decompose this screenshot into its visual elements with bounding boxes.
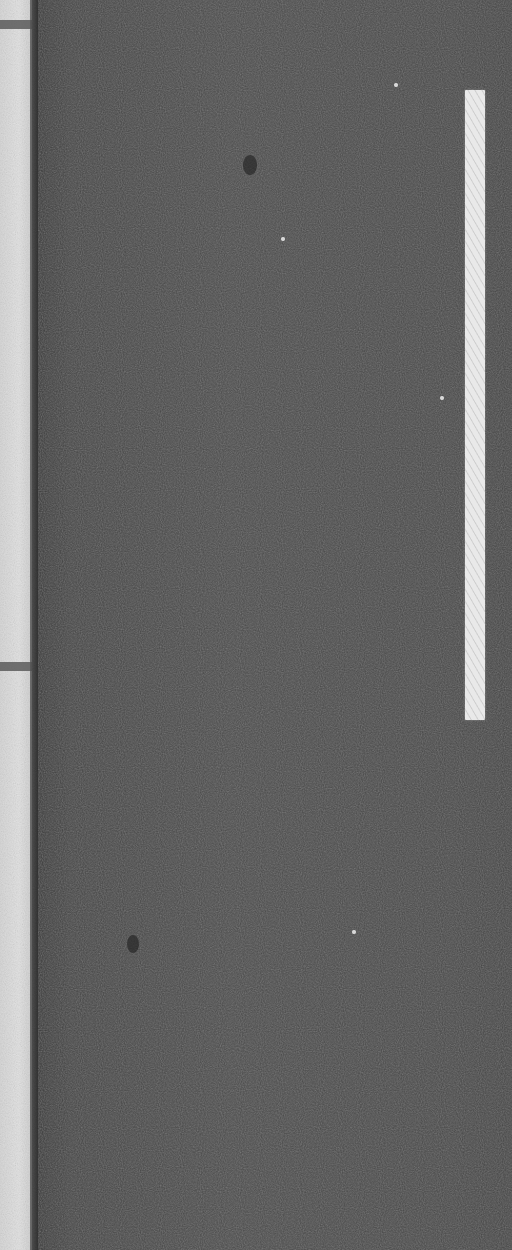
curb-edge-shadow xyxy=(30,0,38,1250)
curb-joint xyxy=(0,20,32,29)
debris-speck xyxy=(394,83,398,87)
curb-joint xyxy=(0,662,32,671)
oil-stain xyxy=(243,155,257,175)
debris-speck xyxy=(352,930,356,934)
debris-speck xyxy=(281,237,285,241)
oil-stain xyxy=(127,935,139,953)
lane-marking xyxy=(465,90,485,720)
concrete-curb xyxy=(0,0,32,1250)
asphalt-texture xyxy=(32,0,512,1250)
aerial-road-scene xyxy=(0,0,512,1250)
curb-texture xyxy=(0,0,32,1250)
debris-speck xyxy=(440,396,444,400)
asphalt-road xyxy=(32,0,512,1250)
